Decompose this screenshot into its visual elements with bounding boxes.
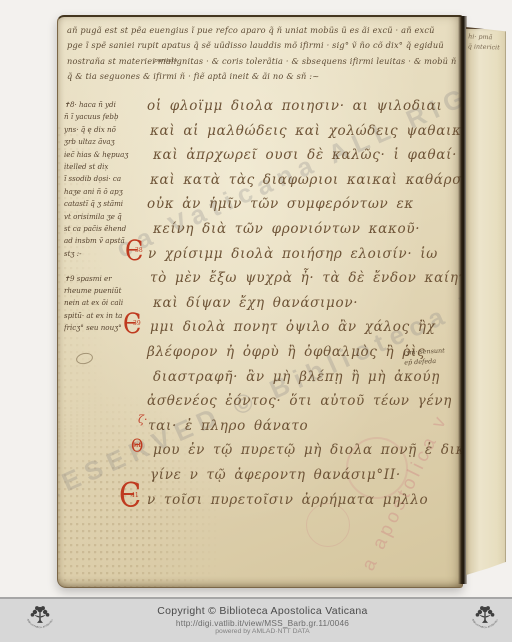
next-page-edge: hi· pmã q̃ intericit xyxy=(466,27,506,575)
margin-line: catastĩ q̃ ʒ stãmi xyxy=(64,198,136,210)
greek-line: ται· ἐ πληρο θάνατο xyxy=(148,414,459,439)
left-margin-notes: ✝8· haca ñ ydi ñ ĩ yacuus febḅ yns· q̃ ę… xyxy=(64,99,136,335)
margin-line: haʒe ani ñ ō apʒ xyxy=(64,186,136,198)
greek-line: καὶ αἱ μαλθώδεις καὶ χολώδεις ψαθαικαῖ xyxy=(150,119,459,144)
top-latin-annotation: añ pugã est st pẽa euengius ĩ pue refco … xyxy=(67,23,457,84)
vatican-library-emblem-left: ·BIBLIOTHECA·APOSTOLICA·VATICANA· xyxy=(23,603,57,638)
greek-line: διαστραφῆ· ἂν μὴ βλέπῃ ἢ μὴ ἀκούῃ xyxy=(153,365,459,390)
margin-line: itelled st dix̣ xyxy=(64,161,136,173)
library-seal-icon: ·BIBLIOTHECA·APOSTOLICA·VATICANA· xyxy=(468,603,502,633)
greek-line: ἀσθενέος ἐόντος· ὅτι αὐτοῦ τέων γένη xyxy=(147,389,459,414)
interlinear-insert: puritate xyxy=(154,58,178,64)
red-initial-40: Θ 40 xyxy=(131,439,143,454)
greek-line: καὶ ἀπρχωρεῖ ουσι δὲ καλῶς· ἱ φαθαί· xyxy=(153,143,459,168)
margin-line: vt orisimila ʒe q̃ xyxy=(64,211,136,223)
margin-line: ñ ĩ yacuus febḅ xyxy=(64,111,136,123)
initial-number: 39 xyxy=(133,320,141,327)
annotation-line: pge ĩ spẽ saniei rupit apatus q̃ sẽ uũdi… xyxy=(67,38,457,53)
binding-gutter xyxy=(458,16,467,584)
margin-line: q̃ intericit xyxy=(468,41,504,52)
red-initial-39: Є 39 xyxy=(123,312,141,336)
red-initial-41: Є 41 xyxy=(119,481,141,510)
red-paragraph-mark: ζ· xyxy=(138,413,147,426)
next-page-text: hi· pmã q̃ intericit xyxy=(468,31,505,52)
greek-line: γίνε ν τῷ ἀφεροντη θανάσιμ°ΙΙ· xyxy=(150,463,459,488)
scan-viewport: ca Vaticana ALL RIGHTS RESE RESERVED © B… xyxy=(0,0,512,642)
margin-line: yns· q̃ ę dix nõ xyxy=(64,124,136,136)
manuscript-photo: ca Vaticana ALL RIGHTS RESE RESERVED © B… xyxy=(0,0,512,597)
margin-line: ʒrb ultaz ãvaʒ xyxy=(64,136,136,148)
margin-line: iec̃ hias & hępuaʒ xyxy=(64,149,136,161)
greek-line: ν τοῖσι πυρετοῖσιν ἀρρήματα μηλλο xyxy=(147,488,459,513)
greek-line: οὐκ ἀν ἡμῖν τῶν συμφερόντων εκ xyxy=(147,192,459,217)
greek-line: τὸ μὲν ἔξω ψυχρὰ ἦ· τὰ δὲ ἔνδον καίηται xyxy=(150,266,459,291)
source-url-text: http://digi.vatlib.it/view/MSS_Barb.gr.1… xyxy=(57,618,468,628)
margin-doodle xyxy=(75,351,94,365)
greek-line: καὶ κατὰ τὰς διαφωριοι καικαὶ καθάρση xyxy=(150,168,459,193)
greek-line: κείνη διὰ τῶν φρονιόντων κακοῦ· xyxy=(153,217,459,242)
footer-credits: Copyright © Biblioteca Apostolica Vatica… xyxy=(57,605,468,637)
annotation-line: nostraña st materiei malignitas · & cori… xyxy=(67,54,457,69)
greek-line: καὶ δίψαν ἔχη θανάσιμον· xyxy=(153,291,459,316)
initial-number: 41 xyxy=(131,492,139,499)
copyright-text: Copyright © Biblioteca Apostolica Vatica… xyxy=(57,605,468,618)
greek-line: μμι διολὰ πονητ ὀψιλο ἂν χάλος ἢχ xyxy=(150,315,459,340)
footer-bar: ·BIBLIOTHECA·APOSTOLICA·VATICANA· Copyri… xyxy=(0,597,512,642)
margin-line: ✝9 spasmi er xyxy=(64,273,136,285)
margin-line: ✝8· haca ñ ydi xyxy=(64,99,136,111)
annotation-line: q̃ & tia seguones & ifirmi ñ · fiẽ aptã … xyxy=(67,69,457,84)
margin-line: st ca pac̃is ẽhend xyxy=(64,223,136,235)
right-margin-note: īʒm· sensunt ep̄ defeda xyxy=(404,345,463,367)
vatican-library-emblem-right: ·BIBLIOTHECA·APOSTOLICA·VATICANA· xyxy=(468,603,502,638)
red-initial-38: Є 38 xyxy=(125,239,143,263)
greek-line: ν χρίσιμμ διολὰ ποιήσηρ ελοισίν· ἱω xyxy=(148,242,459,267)
annotation-line: añ pugã est st pẽa euengius ĩ pue refco … xyxy=(67,23,457,38)
greek-line: μου ἐν τῷ πυρετῷ μὴ διολα πονῇ ἐ δικ πνο xyxy=(153,438,459,463)
margin-line: rheume pueniũt xyxy=(64,285,136,297)
greek-line: οἱ φλοϊμμ διολα ποιησιν· αι ψιλοδιαι xyxy=(147,94,459,119)
margin-line: ĩ ssodib dọsi· ca xyxy=(64,173,136,185)
initial-number: 40 xyxy=(135,443,142,449)
powered-by-text: powered by AMLAD·NTT DATA xyxy=(57,628,468,636)
greek-text-block: οἱ φλοϊμμ διολα ποιησιν· αι ψιλοδιαι καὶ… xyxy=(147,94,459,512)
library-seal-icon: ·BIBLIOTHECA·APOSTOLICA·VATICANA· xyxy=(23,603,57,633)
manuscript-page: ca Vaticana ALL RIGHTS RESE RESERVED © B… xyxy=(57,15,463,588)
initial-number: 38 xyxy=(135,247,143,254)
